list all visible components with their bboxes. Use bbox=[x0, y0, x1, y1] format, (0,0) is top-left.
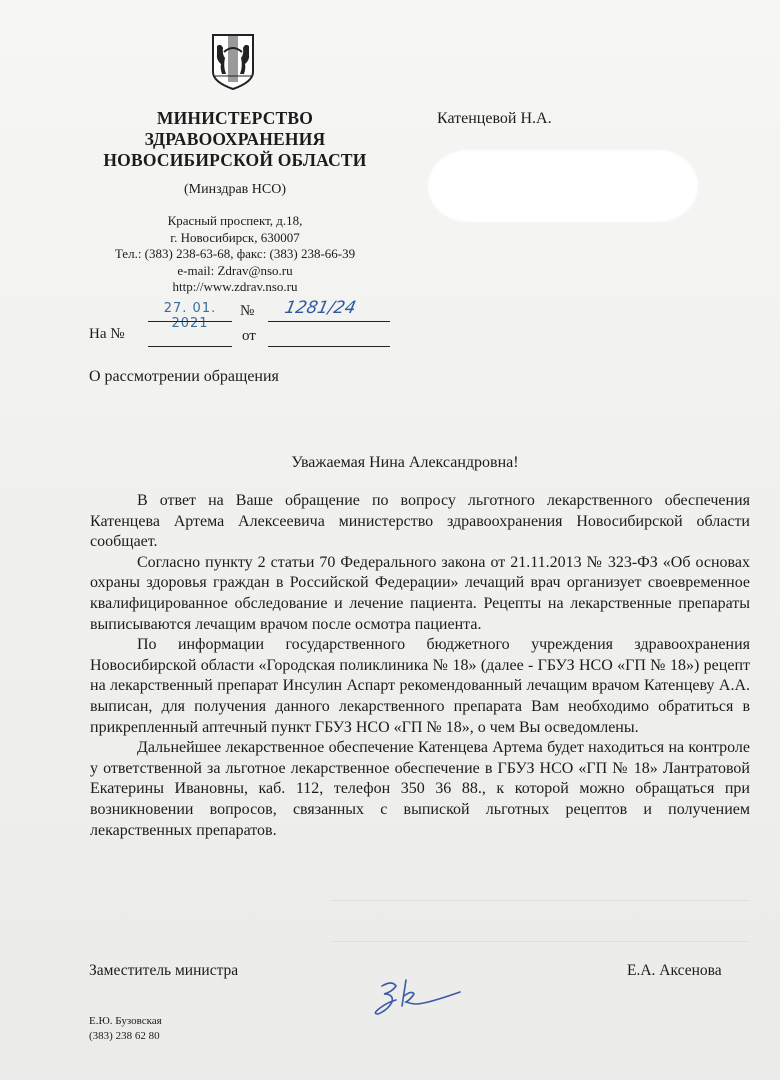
body-paragraph: Согласно пункту 2 статьи 70 Федерального… bbox=[90, 553, 750, 635]
body-paragraph: Дальнейшее лекарственное обеспечение Кат… bbox=[90, 738, 750, 841]
handwritten-signature-icon bbox=[368, 974, 468, 1018]
organization-abbreviation: (Минздрав НСО) bbox=[90, 182, 380, 198]
executor-info: Е.Ю. Бузовская (383) 238 62 80 bbox=[89, 1014, 162, 1044]
executor-phone: (383) 238 62 80 bbox=[89, 1029, 162, 1044]
reference-number-label: На № bbox=[89, 326, 125, 343]
redacted-address bbox=[428, 150, 698, 222]
executor-name: Е.Ю. Бузовская bbox=[89, 1014, 162, 1029]
coat-of-arms-icon bbox=[210, 32, 256, 92]
body-paragraph: В ответ на Ваше обращение по вопросу льг… bbox=[90, 491, 750, 553]
organization-name: МИНИСТЕРСТВО ЗДРАВООХРАНЕНИЯ НОВОСИБИРСК… bbox=[90, 108, 380, 171]
recipient-name: Катенцевой Н.А. bbox=[437, 110, 552, 128]
reference-date-label: от bbox=[242, 328, 256, 345]
letter-page: МИНИСТЕРСТВО ЗДРАВООХРАНЕНИЯ НОВОСИБИРСК… bbox=[0, 0, 780, 1080]
address-phone-fax: Тел.: (383) 238-63-68, факс: (383) 238-6… bbox=[90, 246, 380, 263]
date-stamp: 27. 01. 2021 bbox=[150, 301, 230, 331]
address-block: Красный проспект, д.18, г. Новосибирск, … bbox=[90, 213, 380, 296]
body-paragraph: По информации государственного бюджетног… bbox=[90, 635, 750, 738]
org-line: НОВОСИБИРСКОЙ ОБЛАСТИ bbox=[90, 150, 380, 171]
org-line: ЗДРАВООХРАНЕНИЯ bbox=[90, 129, 380, 150]
date-underline bbox=[148, 321, 232, 322]
greeting: Уважаемая Нина Александровна! bbox=[0, 454, 780, 472]
number-label: № bbox=[240, 303, 254, 320]
letter-subject: О рассмотрении обращения bbox=[89, 368, 279, 386]
handwritten-outgoing-number: 1281/24 bbox=[283, 298, 358, 318]
letter-body: В ответ на Ваше обращение по вопросу льг… bbox=[90, 491, 750, 841]
org-line: МИНИСТЕРСТВО bbox=[90, 108, 380, 129]
bleed-through-artifact bbox=[330, 900, 750, 942]
address-city: г. Новосибирск, 630007 bbox=[90, 230, 380, 247]
address-street: Красный проспект, д.18, bbox=[90, 213, 380, 230]
signatory-name: Е.А. Аксенова bbox=[627, 962, 722, 980]
reference-date-field bbox=[268, 346, 390, 347]
number-underline bbox=[268, 321, 390, 322]
address-email: e-mail: Zdrav@nso.ru bbox=[90, 263, 380, 280]
signatory-title: Заместитель министра bbox=[89, 962, 238, 980]
reference-number-field bbox=[148, 346, 232, 347]
address-website: http://www.zdrav.nso.ru bbox=[90, 279, 380, 296]
